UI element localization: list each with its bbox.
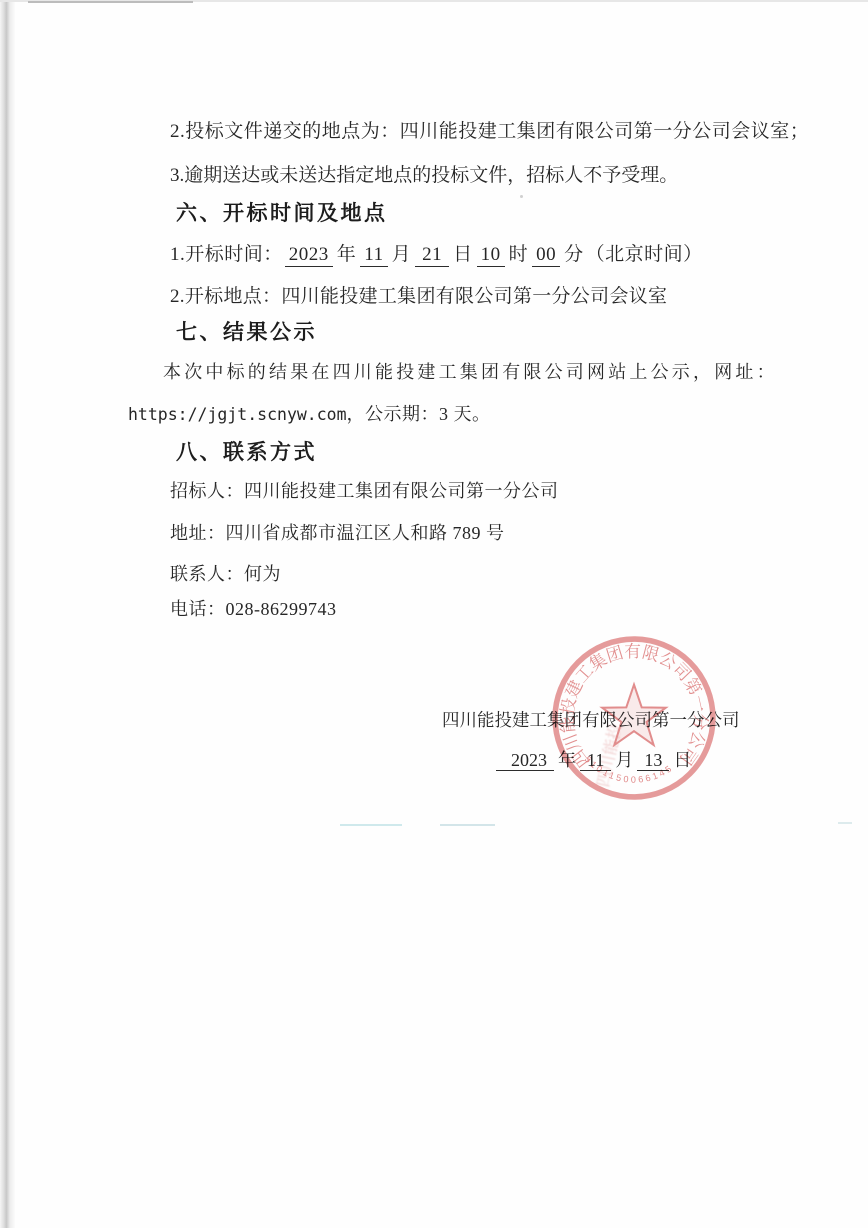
contact-phone-line: 电话：028-86299743: [170, 595, 337, 621]
timezone-note: （北京时间）: [586, 244, 703, 265]
opening-month-value: 11: [360, 245, 387, 267]
publicity-url: https://jgjt.scnyw.com: [128, 405, 347, 424]
year-label: 年: [337, 244, 357, 265]
hour-label: 时: [509, 244, 529, 265]
day-label: 日: [453, 244, 473, 265]
month-label: 月: [392, 244, 412, 265]
section-heading-result: 七、结果公示: [176, 316, 317, 346]
contact-address-line: 地址：四川省成都市温江区人和路 789 号: [170, 519, 505, 545]
section-heading-opening-time: 六、开标时间及地点: [176, 197, 388, 227]
company-seal-stamp: 四川能投建工集团有限公司第一分公司 5101150066145 四川能投: [550, 634, 718, 802]
section-heading-contact: 八、联系方式: [176, 436, 317, 466]
late-delivery-line: 3.逾期送达或未送达指定地点的投标文件，招标人不予受理。: [170, 160, 678, 187]
scanned-document-page: 2.投标文件递交的地点为：四川能投建工集团有限公司第一分公司会议室； 3.逾期送…: [0, 0, 868, 1228]
opening-place-line: 2.开标地点：四川能投建工集团有限公司第一分公司会议室: [170, 281, 667, 308]
opening-time-prefix: 1.开标时间：: [170, 244, 283, 265]
scan-artifact-line: [340, 824, 402, 826]
publicity-period: ，公示期：3 天。: [347, 404, 491, 424]
result-url-line: https://jgjt.scnyw.com，公示期：3 天。: [128, 400, 491, 426]
scan-artifact-line: [838, 822, 852, 824]
delivery-location-line: 2.投标文件递交的地点为：四川能投建工集团有限公司第一分公司会议室；: [170, 116, 809, 143]
sign-year-value: 2023: [496, 751, 554, 771]
minute-label: 分: [564, 244, 584, 265]
opening-hour-value: 10: [477, 245, 505, 267]
opening-year-value: 2023: [285, 245, 333, 267]
result-publicity-line: 本次中标的结果在四川能投建工集团有限公司网站上公示，网址：: [163, 358, 778, 384]
scan-top-edge-dark: [28, 1, 193, 3]
opening-day-value: 21: [415, 245, 449, 267]
contact-bidder-line: 招标人：四川能投建工集团有限公司第一分公司: [170, 477, 559, 503]
scan-left-edge: [0, 0, 16, 1228]
opening-time-line: 1.开标时间：2023年11月21日10时00分（北京时间）: [170, 239, 703, 267]
contact-person-line: 联系人：何为: [170, 560, 281, 586]
opening-minute-value: 00: [532, 245, 560, 267]
dust-speck: [520, 195, 523, 198]
scan-artifact-line: [440, 824, 495, 826]
